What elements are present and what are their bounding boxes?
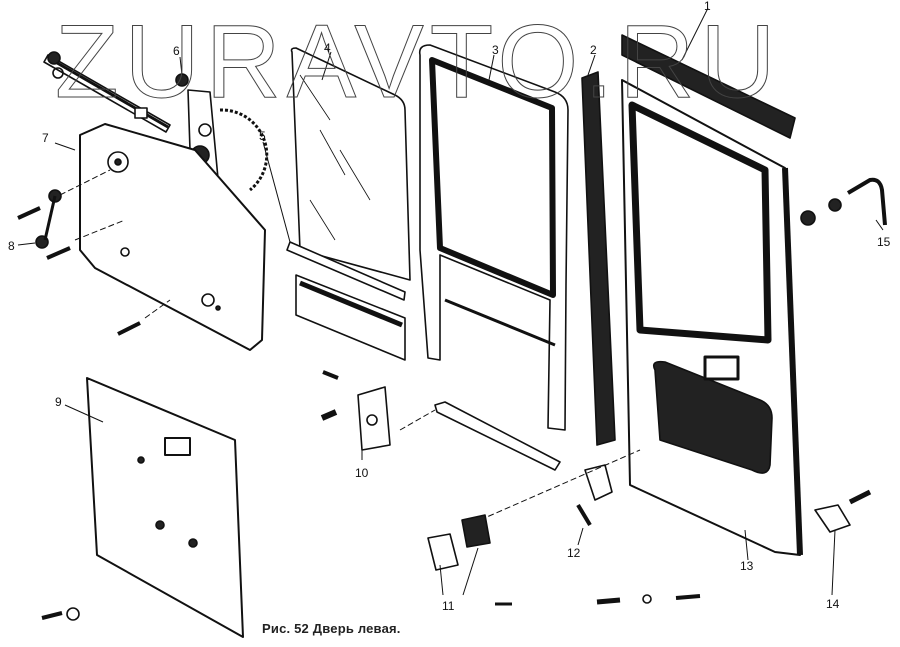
part-label-4: 4 (324, 42, 331, 54)
regulator-plate-drawing (80, 124, 265, 350)
part-label-14: 14 (826, 598, 839, 610)
part-label-1: 1 (704, 0, 711, 12)
watermark: ZURAVTO.RU (55, 12, 781, 112)
part-label-6: 6 (173, 45, 180, 57)
part-label-9: 9 (55, 396, 62, 408)
vertical-seal-drawing (582, 72, 615, 445)
part-label-10: 10 (355, 467, 368, 479)
door-lock-drawing (358, 387, 390, 450)
part-label-3: 3 (492, 44, 499, 56)
part-label-15: 15 (877, 236, 890, 248)
figure-caption: Рис. 52 Дверь левая. (262, 621, 401, 636)
inner-panel-drawing (87, 378, 243, 637)
part-label-7: 7 (42, 132, 49, 144)
part-label-2: 2 (590, 44, 597, 56)
part-label-12: 12 (567, 547, 580, 559)
exploded-diagram: ZURAVTO.RU 1 2 3 4 5 6 7 8 9 10 11 12 13… (0, 0, 900, 647)
part-label-13: 13 (740, 560, 753, 572)
part-label-11: 11 (442, 600, 454, 612)
part-label-8: 8 (8, 240, 15, 252)
part-label-5: 5 (259, 130, 266, 142)
